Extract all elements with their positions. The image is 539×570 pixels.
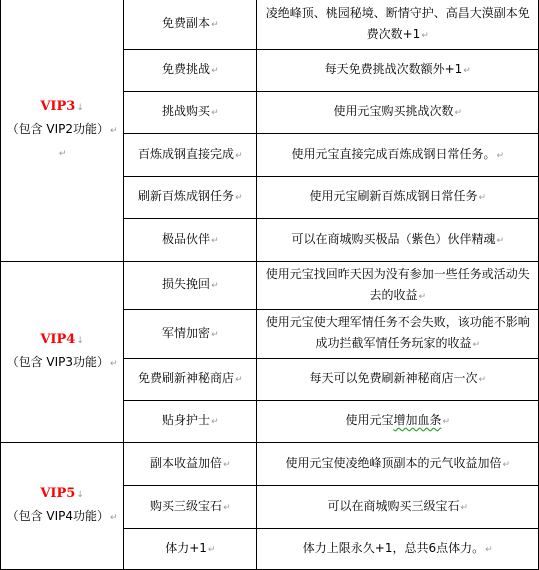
feature-name: 刷新百炼成钢任务↵ [124,177,257,219]
feature-description: 使用元宝找回昨天因为没有参加一些任务或活动失去的收益↵ [257,262,539,310]
vip5-tier-cell: VIP5↓ （包含 VIP4功能）↵ [1,443,124,570]
feature-name: 贴身护士↵ [124,401,257,443]
vip-includes-note: （包含 VIP4功能） [7,509,109,523]
vip-features-table: VIP3↓ （包含 VIP2功能）↵ ↵ 免费副本↵ 凌绝峰顶、桃园秘境、断情守… [0,0,539,570]
paragraph-mark: ↵ [110,359,118,369]
feature-description: 可以在商城购买极品（紫色）伙伴精魂↵ [257,219,539,262]
feature-name: 免费挑战↵ [124,50,257,92]
vip-includes-note: （包含 VIP3功能） [7,355,109,369]
feature-description: 使用元宝使大理军情任务不会失败，该功能不影响成功拦截军情任务玩家的收益↵ [257,310,539,359]
vip-level-label: VIP5 [40,486,75,501]
feature-name: 免费刷新神秘商店↵ [124,359,257,401]
table-row: VIP5↓ （包含 VIP4功能）↵ 副本收益加倍↵ 使用元宝使凌绝峰顶副本的元… [1,443,539,486]
feature-name: 极品伙伴↵ [124,219,257,262]
feature-name: 军情加密↵ [124,310,257,359]
feature-description: 使用元宝直接完成百炼成钢日常任务。↵ [257,134,539,177]
feature-name: 损失挽回↵ [124,262,257,310]
line-break-mark: ↓ [76,336,84,346]
line-break-mark: ↓ [76,103,84,113]
table-row: VIP4↓ （包含 VIP3功能）↵ 损失挽回↵ 使用元宝找回昨天因为没有参加一… [1,262,539,310]
feature-name: 体力+1↵ [124,529,257,570]
vip-level-label: VIP3 [40,99,75,114]
vip4-tier-cell: VIP4↓ （包含 VIP3功能）↵ [1,262,124,443]
feature-description: 可以在商城购买三级宝石↵ [257,486,539,529]
feature-description: 每天可以免费刷新神秘商店一次↵ [257,359,539,401]
table-row: VIP3↓ （包含 VIP2功能）↵ ↵ 免费副本↵ 凌绝峰顶、桃园秘境、断情守… [1,0,539,50]
line-break-mark: ↓ [76,490,84,500]
vip3-tier-cell: VIP3↓ （包含 VIP2功能）↵ ↵ [1,0,124,262]
feature-description: 凌绝峰顶、桃园秘境、断情守护、高昌大漠副本免费次数+1↵ [257,0,539,50]
feature-description: 使用元宝刷新百炼成钢日常任务↵ [257,177,539,219]
feature-description: 使用元宝购买挑战次数↵ [257,92,539,134]
feature-name: 百炼成钢直接完成↵ [124,134,257,177]
spellcheck-flagged-text: 增加血条 [393,413,441,427]
feature-description: 每天免费挑战次数额外+1↵ [257,50,539,92]
paragraph-mark: ↵ [110,126,118,136]
vip-includes-note: （包含 VIP2功能） [7,122,109,136]
feature-description: 使用元宝使凌绝峰顶副本的元气收益加倍↵ [257,443,539,486]
paragraph-mark: ↵ [110,513,118,523]
feature-name: 免费副本↵ [124,0,257,50]
feature-name: 副本收益加倍↵ [124,443,257,486]
feature-description: 使用元宝增加血条↵ [257,401,539,443]
feature-name: 购买三级宝石↵ [124,486,257,529]
feature-name: 挑战购买↵ [124,92,257,134]
vip-level-label: VIP4 [40,332,75,347]
paragraph-mark: ↵ [59,149,67,159]
feature-description: 体力上限永久+1，总共6点体力。↵ [257,529,539,570]
